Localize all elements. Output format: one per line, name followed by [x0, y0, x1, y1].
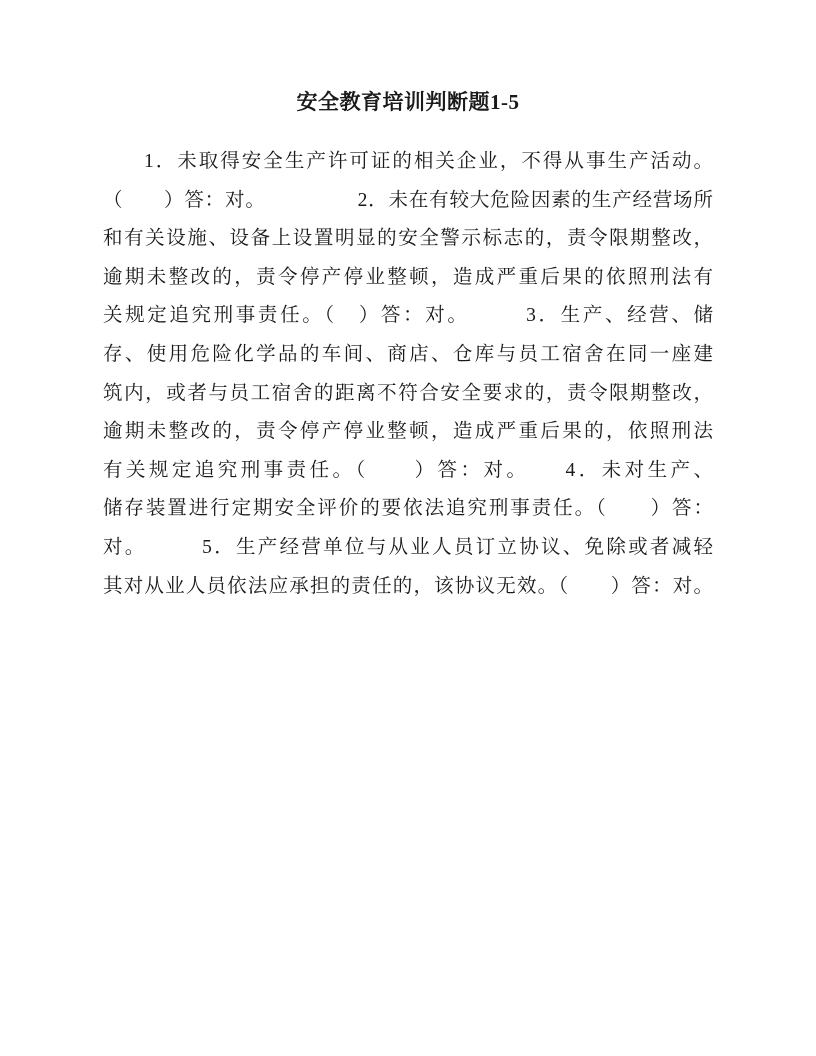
doc-line: （ ）答：对。 2．未在有较大危险因素的生产经营场所 — [103, 182, 713, 221]
doc-line: 存、使用危险化学品的车间、商店、仓库与员工宿舍在同一座建 — [103, 336, 713, 375]
doc-line: 储存装置进行定期安全评价的要依法追究刑事责任。（ ）答： — [103, 490, 713, 529]
document-body: 1．未取得安全生产许可证的相关企业，不得从事生产活动。 （ ）答：对。 2．未在… — [103, 143, 713, 606]
doc-line: 逾期未整改的，责令停产停业整顿，造成严重后果的依照刑法有 — [103, 259, 713, 298]
document-title: 安全教育培训判断题1-5 — [103, 83, 713, 122]
doc-line: 对。 5．生产经营单位与从业人员订立协议、免除或者减轻 — [103, 529, 713, 568]
document-content: 安全教育培训判断题1-5 1．未取得安全生产许可证的相关企业，不得从事生产活动。… — [103, 83, 713, 606]
document-page: 安全教育培训判断题1-5 1．未取得安全生产许可证的相关企业，不得从事生产活动。… — [0, 0, 816, 1056]
doc-line: 筑内，或者与员工宿舍的距离不符合安全要求的，责令限期整改， — [103, 375, 713, 414]
doc-line: 关规定追究刑事责任。（ ）答：对。 3．生产、经营、储 — [103, 297, 713, 336]
doc-line: 有关规定追究刑事责任。（ ）答：对。 4．未对生产、 — [103, 452, 713, 491]
doc-line: 逾期未整改的，责令停产停业整顿，造成严重后果的，依照刑法 — [103, 413, 713, 452]
doc-line: 其对从业人员依法应承担的责任的，该协议无效。（ ）答：对。 — [103, 568, 713, 607]
doc-line: 和有关设施、设备上设置明显的安全警示标志的，责令限期整改， — [103, 220, 713, 259]
doc-line: 1．未取得安全生产许可证的相关企业，不得从事生产活动。 — [103, 143, 713, 182]
